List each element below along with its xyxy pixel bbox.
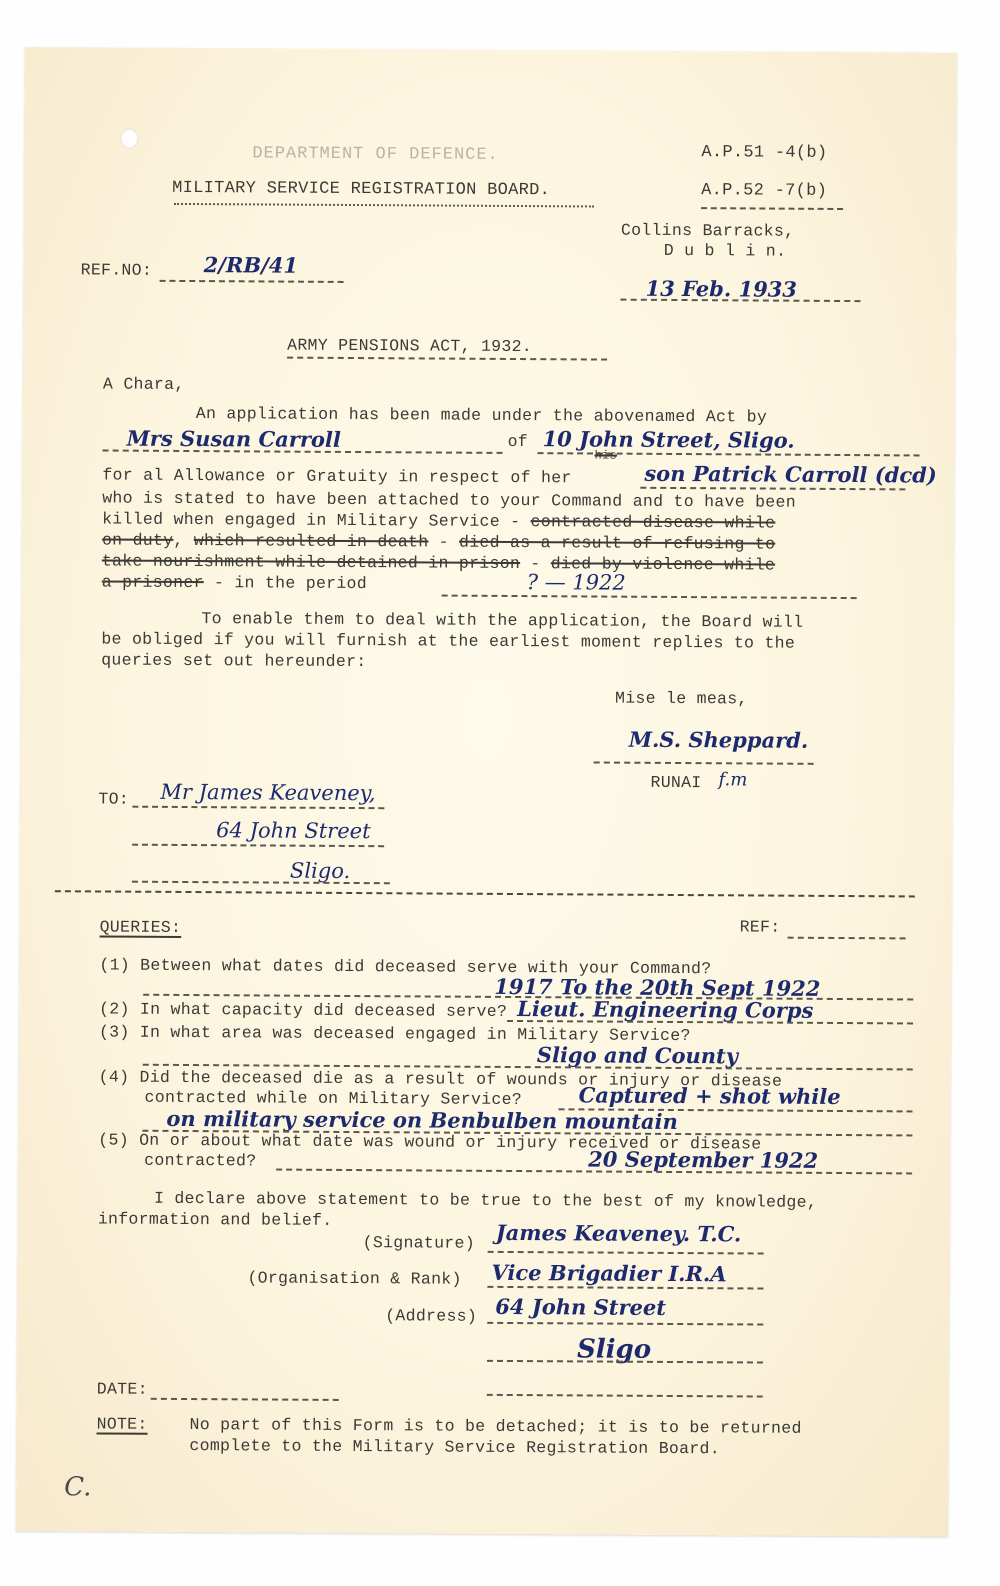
margin-mark: C. [64, 1472, 91, 1502]
queries-ref-line [788, 937, 906, 940]
address-line-2: D u b l i n. [664, 241, 787, 261]
struck-resulted-in-death: which resulted in death [194, 531, 429, 551]
recipient-name-line [132, 806, 384, 810]
tear-off-separator [55, 890, 915, 897]
note-label: NOTE: [97, 1414, 148, 1433]
body-line-4: who is stated to have been attached to y… [102, 488, 796, 511]
struck-his: his [594, 448, 617, 462]
date-value: 13 Feb. 1933 [645, 276, 797, 302]
to-label: TO: [98, 789, 129, 808]
applicant-name-line [103, 449, 503, 453]
struck-on-duty: on duty [102, 530, 174, 549]
para2-line-1: To enable them to deal with the applicat… [201, 609, 803, 632]
declarant-signature-line [488, 1251, 764, 1255]
query-number: (4) [99, 1067, 130, 1086]
org-rank-value: Vice Brigadier I.R.A [491, 1260, 726, 1286]
ref-no-value: 2/RB/41 [204, 252, 299, 278]
valediction: Mise le meas, [615, 689, 748, 709]
document-title: ARMY PENSIONS ACT, 1932. [287, 336, 532, 356]
blank-line [487, 1394, 763, 1398]
body-line-3: for al Allowance or Gratuity in respect … [102, 465, 571, 487]
address-line-1: Collins Barracks, [621, 221, 795, 241]
ref-no-line [160, 280, 344, 283]
period-value: ? — 1922 [527, 570, 626, 595]
query-number: (3) [99, 1022, 130, 1041]
answer-4: Captured + shot while [579, 1082, 841, 1109]
applicant-name: Mrs Susan Carroll [127, 426, 341, 452]
punch-hole [120, 129, 138, 149]
org-rank-line [487, 1286, 763, 1290]
sender-role: RUNAI [650, 773, 701, 792]
dash: - [428, 532, 459, 551]
queries-ref-label: REF: [740, 917, 781, 936]
recipient-town-line [132, 881, 390, 885]
sender-signature: M.S. Sheppard. [629, 727, 809, 753]
declarant-address-line-1 [487, 1322, 763, 1326]
document-page: DEPARTMENT OF DEFENCE. MILITARY SERVICE … [16, 47, 957, 1537]
query-2: (2) In what capacity did deceased serve? [99, 999, 507, 1020]
department-heading: DEPARTMENT OF DEFENCE. [252, 144, 499, 165]
address-label: (Address) [385, 1306, 477, 1326]
struck-prisoner: a prisoner [102, 572, 204, 592]
recipient-street: 64 John Street [216, 818, 370, 843]
board-underline [174, 203, 594, 208]
query-number: (1) [99, 955, 130, 974]
answer-5: 20 September 1922 [588, 1146, 818, 1172]
body-line-7: take nourishment while detained in priso… [102, 551, 775, 574]
answer-2-line [507, 1020, 913, 1024]
date-line [620, 299, 860, 302]
comma: , [173, 531, 194, 550]
declaration-line-2: information and belief. [98, 1209, 333, 1229]
recipient-street-line [132, 844, 384, 848]
query-5-cont: contracted? [144, 1151, 256, 1171]
signature-label: (Signature) [363, 1233, 475, 1253]
recipient-name: Mr James Keaveney, [160, 780, 375, 805]
body-line-8: a prisoner - in the period [102, 572, 367, 593]
para2-line-2: be obliged if you will furnish at the ea… [101, 629, 795, 652]
form-code-2: A.P.52 -7(b) [701, 181, 827, 201]
body-line-6: on duty, which resulted in death - died … [102, 530, 775, 553]
declarant-address-1: 64 John Street [495, 1294, 666, 1320]
signature-line [594, 761, 814, 764]
declaration-line-1: I declare above statement to be true to … [154, 1189, 817, 1212]
query-number: (5) [98, 1130, 129, 1149]
body-line-5-plain: killed when engaged in Military Service … [102, 509, 531, 531]
body-line-1: An application has been made under the a… [196, 404, 767, 426]
struck-contracted-disease: contracted disease while [531, 512, 776, 532]
note-line-1: No part of this Form is to be detached; … [190, 1415, 802, 1438]
query-text: In what capacity did deceased serve? [140, 1000, 507, 1021]
form-code-1: A.P.51 -4(b) [701, 143, 827, 163]
answer-3: Sligo and County [537, 1042, 738, 1068]
para2-line-3: queries set out hereunder: [101, 650, 366, 671]
form-code-underline [701, 207, 843, 210]
answer-2: Lieut. Engineering Corps [517, 996, 813, 1023]
query-number: (2) [99, 999, 130, 1018]
ref-no-label: REF.NO: [81, 260, 153, 279]
relation-line [640, 487, 905, 491]
struck-refusing: died as a result of refusing to [459, 533, 775, 554]
of-label: of [508, 432, 529, 451]
declarant-signature: James Keaveney. T.C. [496, 1220, 742, 1246]
in-the-period: - in the period [204, 573, 367, 593]
date-label: DATE: [97, 1379, 148, 1398]
note-line-2: complete to the Military Service Registr… [189, 1436, 720, 1458]
org-rank-label: (Organisation & Rank) [247, 1268, 461, 1288]
body-line-5: killed when engaged in Military Service … [102, 509, 775, 532]
salutation: A Chara, [103, 374, 185, 393]
date-line [151, 1398, 339, 1401]
relation-value: son Patrick Carroll (dcd) [644, 461, 937, 488]
board-heading: MILITARY SERVICE REGISTRATION BOARD. [172, 179, 550, 200]
queries-heading: QUERIES: [100, 917, 182, 936]
sender-role-initials: f.m [718, 769, 747, 790]
period-line [442, 595, 857, 600]
title-underline [287, 357, 607, 361]
applicant-address: 10 John Street, Sligo. [543, 426, 795, 453]
struck-nourishment: take nourishment while detained in priso… [102, 551, 520, 573]
recipient-town: Sligo. [290, 859, 350, 883]
